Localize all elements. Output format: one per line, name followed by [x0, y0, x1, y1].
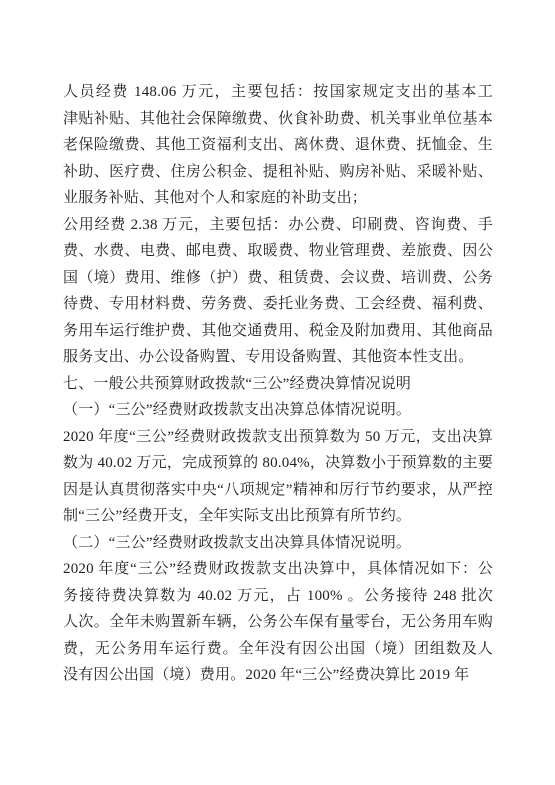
document-line-personnel-funds: 老保险缴费、其他工资福利支出、离休费、退休费、抚恤金、生活 — [63, 132, 493, 159]
document-line-specific-situation: 人次。全年未购置新车辆，公务公车保有量零台，无公务用车购置 — [63, 609, 493, 636]
document-line-specific-situation: 费，无公务用车运行费。全年没有因公出国（境）团组数及人数， — [63, 636, 493, 663]
document-line-overall-situation: 因是认真贯彻落实中央“八项规定”精神和厉行节约要求，从严控 — [63, 477, 493, 504]
document-line-public-funds: 务用车运行维护费、其他交通费用、税金及附加费用、其他商品和 — [63, 318, 493, 345]
document-line-public-funds: 待费、专用材料费、劳务费、委托业务费、工会经费、福利费、公 — [63, 291, 493, 318]
document-line-subsection-2-heading: （二）“三公”经费财政拨款支出决算具体情况说明。 — [63, 530, 493, 557]
document-line-personnel-funds: 补助、医疗费、住房公积金、提租补贴、购房补贴、采暖补贴、物 — [63, 159, 493, 186]
document-line-public-funds: 费、水费、电费、邮电费、取暖费、物业管理费、差旅费、因公出 — [63, 238, 493, 265]
document-line-overall-situation: 数为 40.02 万元，完成预算的 80.04%，决算数小于预算数的主要原 — [63, 450, 493, 477]
document-line-specific-situation: 2020 年度“三公”经费财政拨款支出决算中，具体情况如下：公 — [63, 556, 493, 583]
document-text-block: 人员经费 148.06 万元，主要包括：按国家规定支出的基本工资、津贴补贴、其他… — [63, 79, 493, 689]
document-line-personnel-funds: 业服务补贴、其他对个人和家庭的补助支出； — [63, 185, 493, 212]
document-line-section-7-heading: 七、一般公共预算财政拨款“三公”经费决算情况说明 — [63, 371, 493, 398]
document-line-specific-situation: 务接待费决算数为 40.02 万元，占 100% 。公务接待 248 批次 91… — [63, 583, 493, 610]
document-line-public-funds: 服务支出、办公设备购置、专用设备购置、其他资本性支出。 — [63, 344, 493, 371]
document-line-public-funds: 国（境）费用、维修（护）费、租赁费、会议费、培训费、公务接 — [63, 265, 493, 292]
document-line-personnel-funds: 人员经费 148.06 万元，主要包括：按国家规定支出的基本工资、 — [63, 79, 493, 106]
document-line-subsection-1-heading: （一）“三公”经费财政拨款支出决算总体情况说明。 — [63, 397, 493, 424]
document-line-specific-situation: 没有因公出国（境）费用。2020 年“三公”经费决算比 2019 年 — [63, 662, 493, 689]
document-line-personnel-funds: 津贴补贴、其他社会保障缴费、伙食补助费、机关事业单位基本养 — [63, 106, 493, 133]
document-line-public-funds: 公用经费 2.38 万元，主要包括：办公费、印刷费、咨询费、手续 — [63, 212, 493, 239]
document-line-overall-situation: 2020 年度“三公”经费财政拨款支出预算数为 50 万元，支出决算 — [63, 424, 493, 451]
document-page: 人员经费 148.06 万元，主要包括：按国家规定支出的基本工资、津贴补贴、其他… — [0, 0, 555, 785]
document-line-overall-situation: 制“三公”经费开支，全年实际支出比预算有所节约。 — [63, 503, 493, 530]
